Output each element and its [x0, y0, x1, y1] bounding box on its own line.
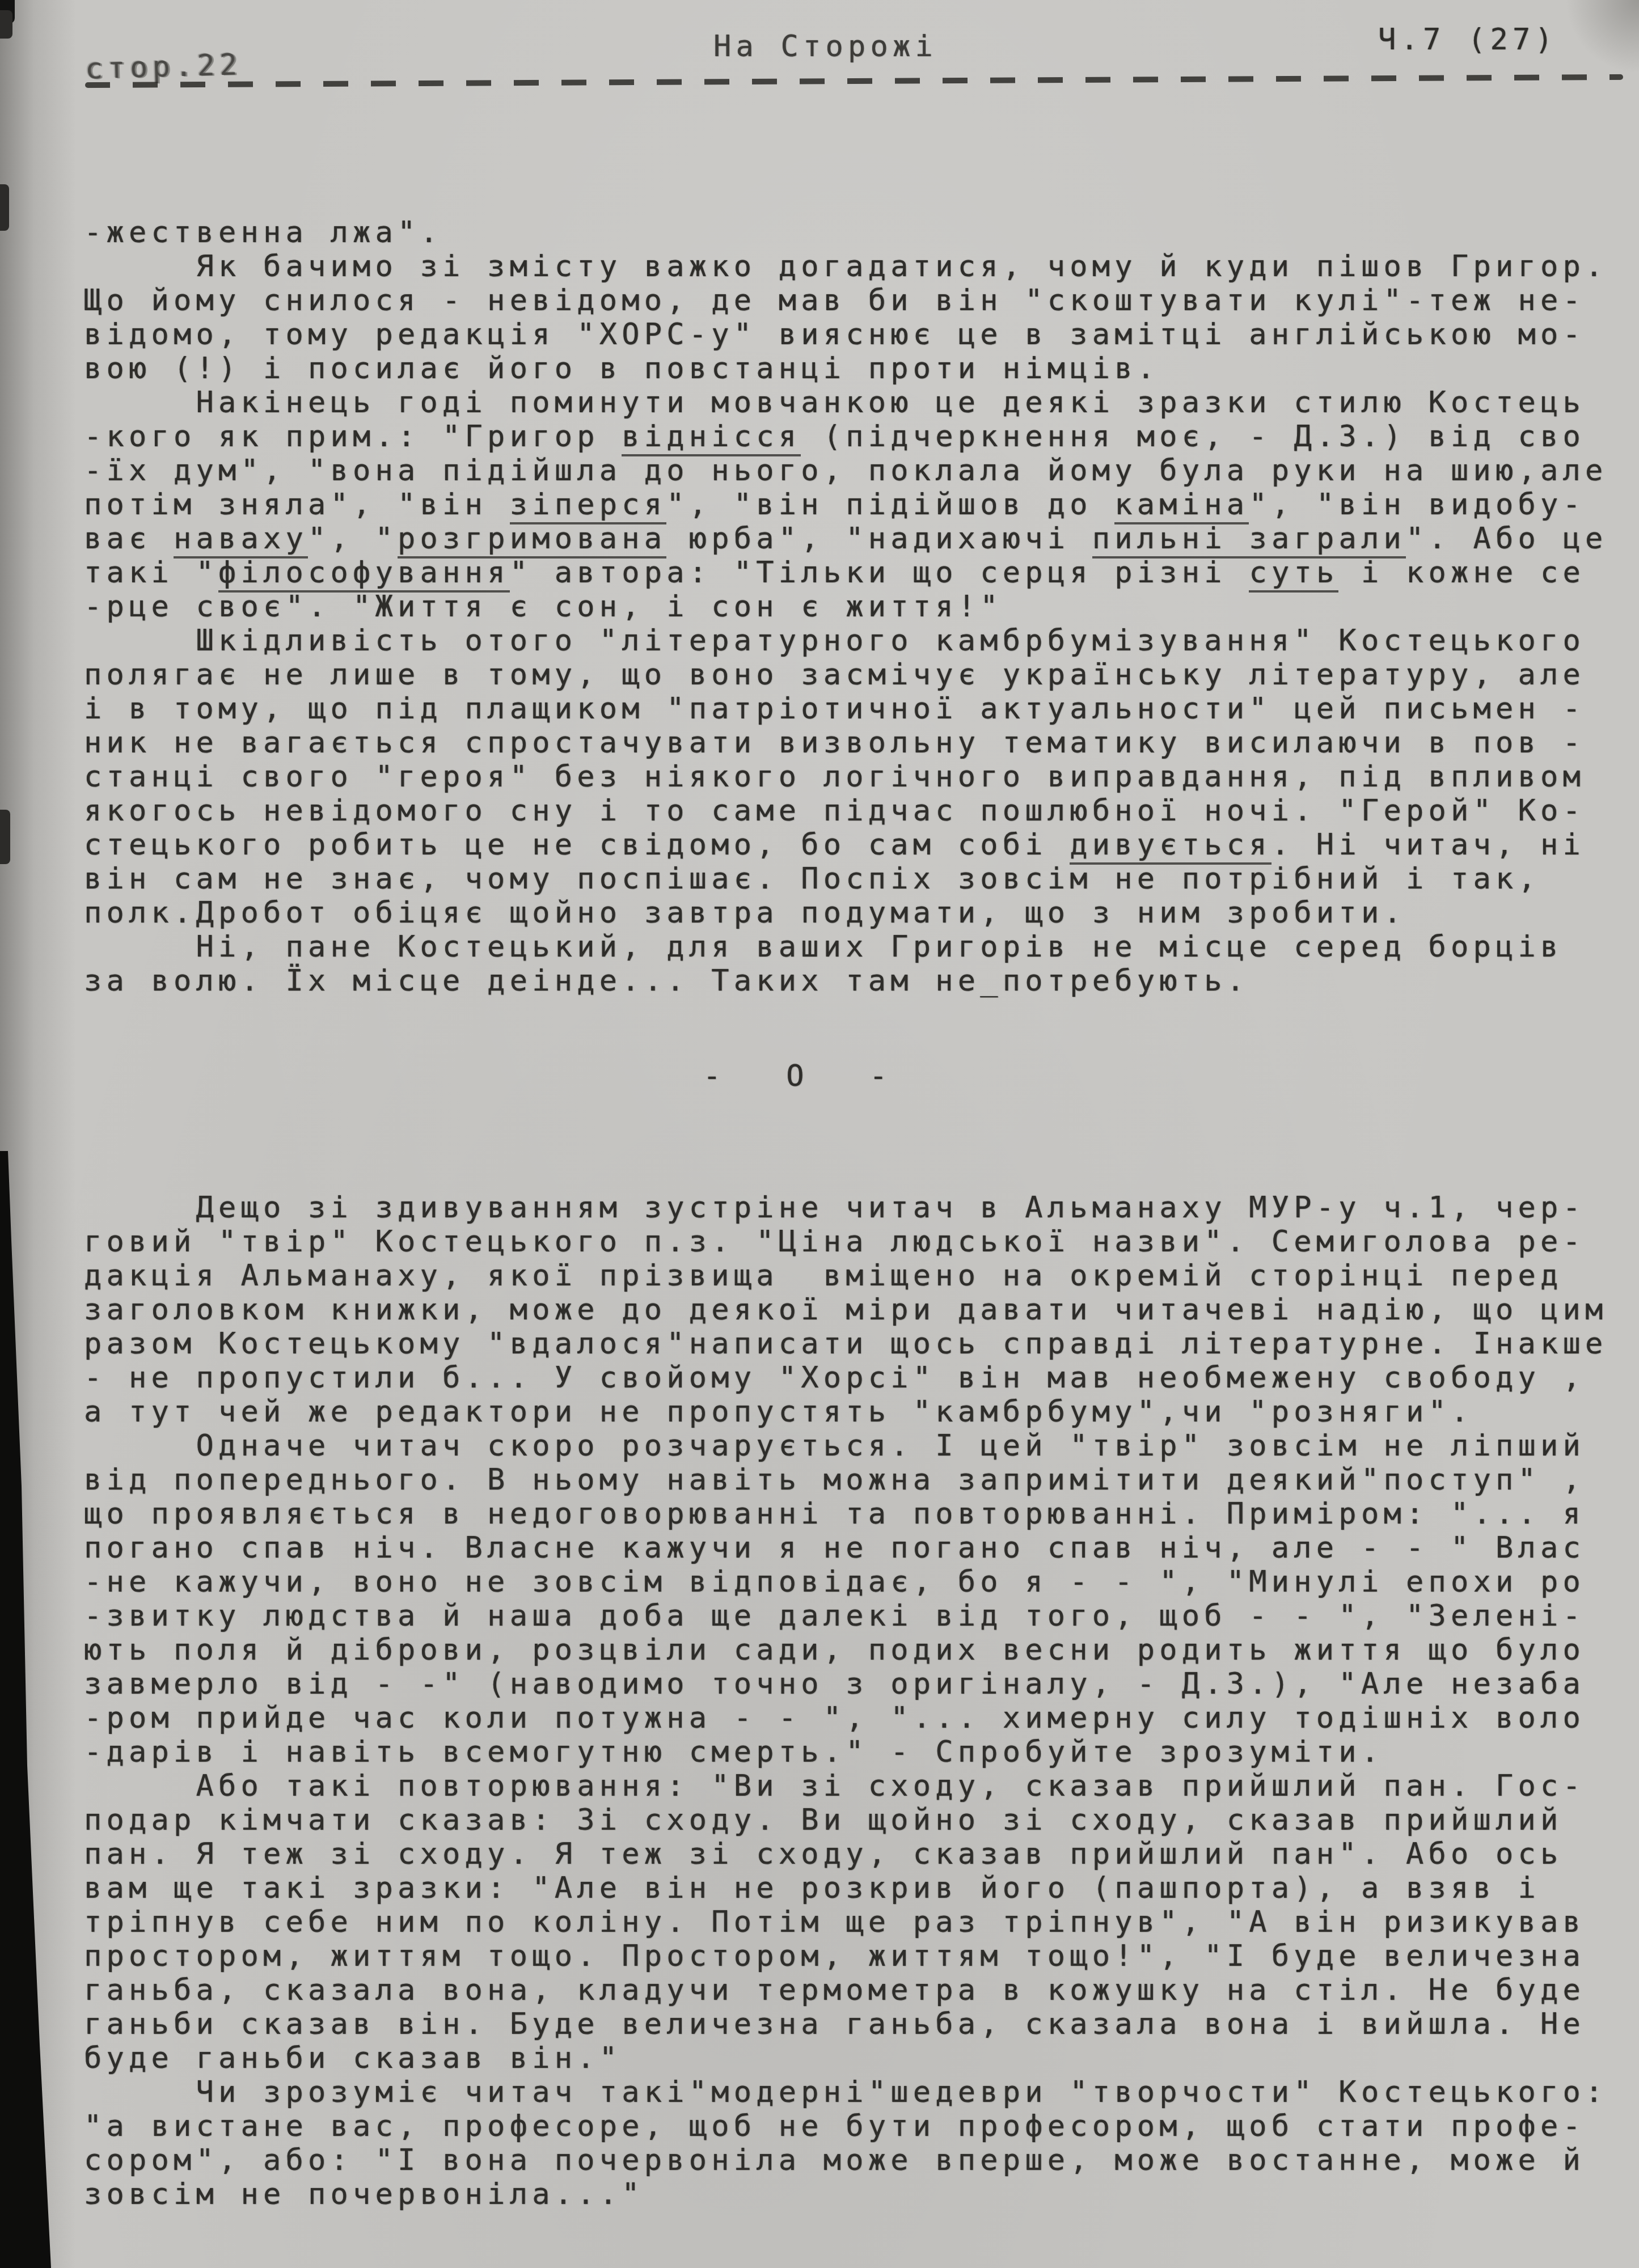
text-line: -звитку людства й наша доба ще далекі ві…	[84, 1599, 1621, 1633]
text-line: дакція Альманаху, якої прізвища вміщено …	[84, 1259, 1621, 1293]
text-line: Чи зрозуміє читач такі"модерні"шедеври "…	[84, 2075, 1621, 2109]
text-line: - не пропустили б... У свойому "Хорсі" в…	[84, 1361, 1621, 1395]
text-line: зовсім не почервоніла..."	[84, 2177, 1621, 2211]
text-line: потім зняла", "він зіперся", "він підійш…	[84, 488, 1621, 522]
document-body: -жественна лжа". Як бачимо зі змісту важ…	[84, 215, 1621, 998]
text-line: сором", або: "І вона почервоніла може вп…	[84, 2143, 1621, 2177]
underlined-word: філософування	[218, 556, 510, 593]
underlined-word: зіперся	[510, 488, 667, 524]
text-line: вою (!) і посилає його в повстанці проти…	[84, 352, 1621, 386]
scan-edge-mark	[0, 184, 9, 231]
text-line: разом Костецькому "вдалося"написати щось…	[84, 1327, 1621, 1361]
text-line: тріпнув себе ним по коліну. Потім ще раз…	[84, 1905, 1621, 1939]
document-body: Дещо зі здивуванням зустріне читач в Аль…	[84, 1191, 1621, 2211]
text-line: відомо, тому редакція "ХОРС-у" вияснює ц…	[84, 318, 1621, 352]
text-line: заголовком книжки, може до деякої міри д…	[84, 1293, 1621, 1327]
text-line: якогось невідомого сну і то саме підчас …	[84, 794, 1621, 828]
text-line: а тут чей же редактори не пропустять "ка…	[84, 1395, 1621, 1429]
underlined-word: віднісся	[622, 420, 801, 456]
underlined-word: суть	[1249, 556, 1338, 593]
text-line: -ром прийде час коли потужна - - ", "...…	[84, 1701, 1621, 1735]
underlined-word: дивується	[1070, 828, 1272, 865]
scan-corner-shade	[1565, 0, 1639, 74]
text-line: завмерло від - -" (наводимо точно з ориг…	[84, 1667, 1621, 1701]
text-line: Або такі повторювання: "Ви зі сходу, ска…	[84, 1769, 1621, 1803]
text-line: ють поля й діброви, розцвіли сади, подих…	[84, 1633, 1621, 1667]
text-line: такі "філософування" автора: "Тільки що …	[84, 556, 1621, 590]
text-line: стецького робить це не свідомо, бо сам с…	[84, 828, 1621, 862]
text-line: ганьба, сказала вона, кладучи термометра…	[84, 1973, 1621, 2007]
text-line: пан. Я теж зі сходу. Я теж зі сходу, ска…	[84, 1837, 1621, 1871]
underlined-word: каміна	[1114, 488, 1249, 524]
text-line: говий "твір" Костецького п.з. "Ціна людс…	[84, 1225, 1621, 1259]
text-line: -жественна лжа".	[84, 215, 1621, 249]
scan-edge-mark	[0, 810, 10, 864]
text-line: вам ще такі зразки: "Але він не розкрив …	[84, 1871, 1621, 1905]
text-line: за волю. Їх місце деінде... Таких там не…	[84, 964, 1621, 998]
text-line: полягає не лише в тому, що воно засмічує…	[84, 658, 1621, 692]
page-number: стор.22	[85, 48, 242, 86]
document-page: стор.22 На Сторожі Ч.7 (27) -жественна л…	[0, 0, 1639, 2268]
section-divider: - О -	[44, 1059, 1570, 1093]
text-line: полк.Дробот обіцяє щойно завтра подумати…	[84, 896, 1621, 930]
text-line: Що йому снилося - невідомо, де мав би ві…	[84, 283, 1621, 318]
text-line: "а вистане вас, професоре, щоб не бути п…	[84, 2109, 1621, 2143]
text-line: буде ганьби сказав він."	[84, 2041, 1621, 2075]
text-line: ганьби сказав він. Буде величезна ганьба…	[84, 2007, 1621, 2041]
text-line: він сам не знає, чому поспішає. Поспіх з…	[84, 862, 1621, 896]
text-line: Ні, пане Костецький, для ваших Григорів …	[84, 930, 1621, 964]
text-line: ває наваху", "розгримована юрба", "надих…	[84, 522, 1621, 556]
text-line: Як бачимо зі змісту важко догадатися, чо…	[84, 249, 1621, 283]
text-line: ник не вагається спростачувати визвольну…	[84, 726, 1621, 760]
publication-title: На Сторожі	[713, 29, 937, 64]
text-line: -рце своє". "Життя є сон, і сон є життя!…	[84, 590, 1621, 624]
underlined-word: наваху	[174, 522, 308, 558]
issue-number: Ч.7 (27)	[1378, 23, 1557, 57]
text-line: простором, життям тощо. Простором, життя…	[84, 1939, 1621, 1973]
text-line: -їх дум", "вона підійшла до нього, покла…	[84, 454, 1621, 488]
text-line: від попереднього. В ньому навіть можна з…	[84, 1463, 1621, 1497]
text-line: Одначе читач скоро розчарується. І цей "…	[84, 1429, 1621, 1463]
text-line: станці свого "героя" без ніякого логічно…	[84, 760, 1621, 794]
text-line: -дарів і навіть всемогутню смерть." - Сп…	[84, 1735, 1621, 1769]
header-dashed-rule	[85, 74, 1623, 88]
text-line: -не кажучи, воно не зовсім відповідає, б…	[84, 1565, 1621, 1599]
text-line: Дещо зі здивуванням зустріне читач в Аль…	[84, 1191, 1621, 1225]
text-line: погано спав ніч. Власне кажучи я не пога…	[84, 1531, 1621, 1565]
text-line: Накінець годі поминути мовчанкою це деяк…	[84, 386, 1621, 420]
text-line: що проявляється в недоговорюванні та пов…	[84, 1497, 1621, 1531]
text-line: -кого як прим.: "Григор віднісся (підчер…	[84, 420, 1621, 454]
underlined-word: розгримована	[398, 522, 666, 558]
text-line: і в тому, що під плащиком "патріотичної …	[84, 692, 1621, 726]
text-line: Шкідливість отого "літературного камбрбу…	[84, 624, 1621, 658]
underlined-word: пильні заграли	[1092, 522, 1406, 558]
scan-edge-mark	[0, 10, 12, 39]
text-line: подар кімчати сказав: Зі сходу. Ви щойно…	[84, 1803, 1621, 1837]
